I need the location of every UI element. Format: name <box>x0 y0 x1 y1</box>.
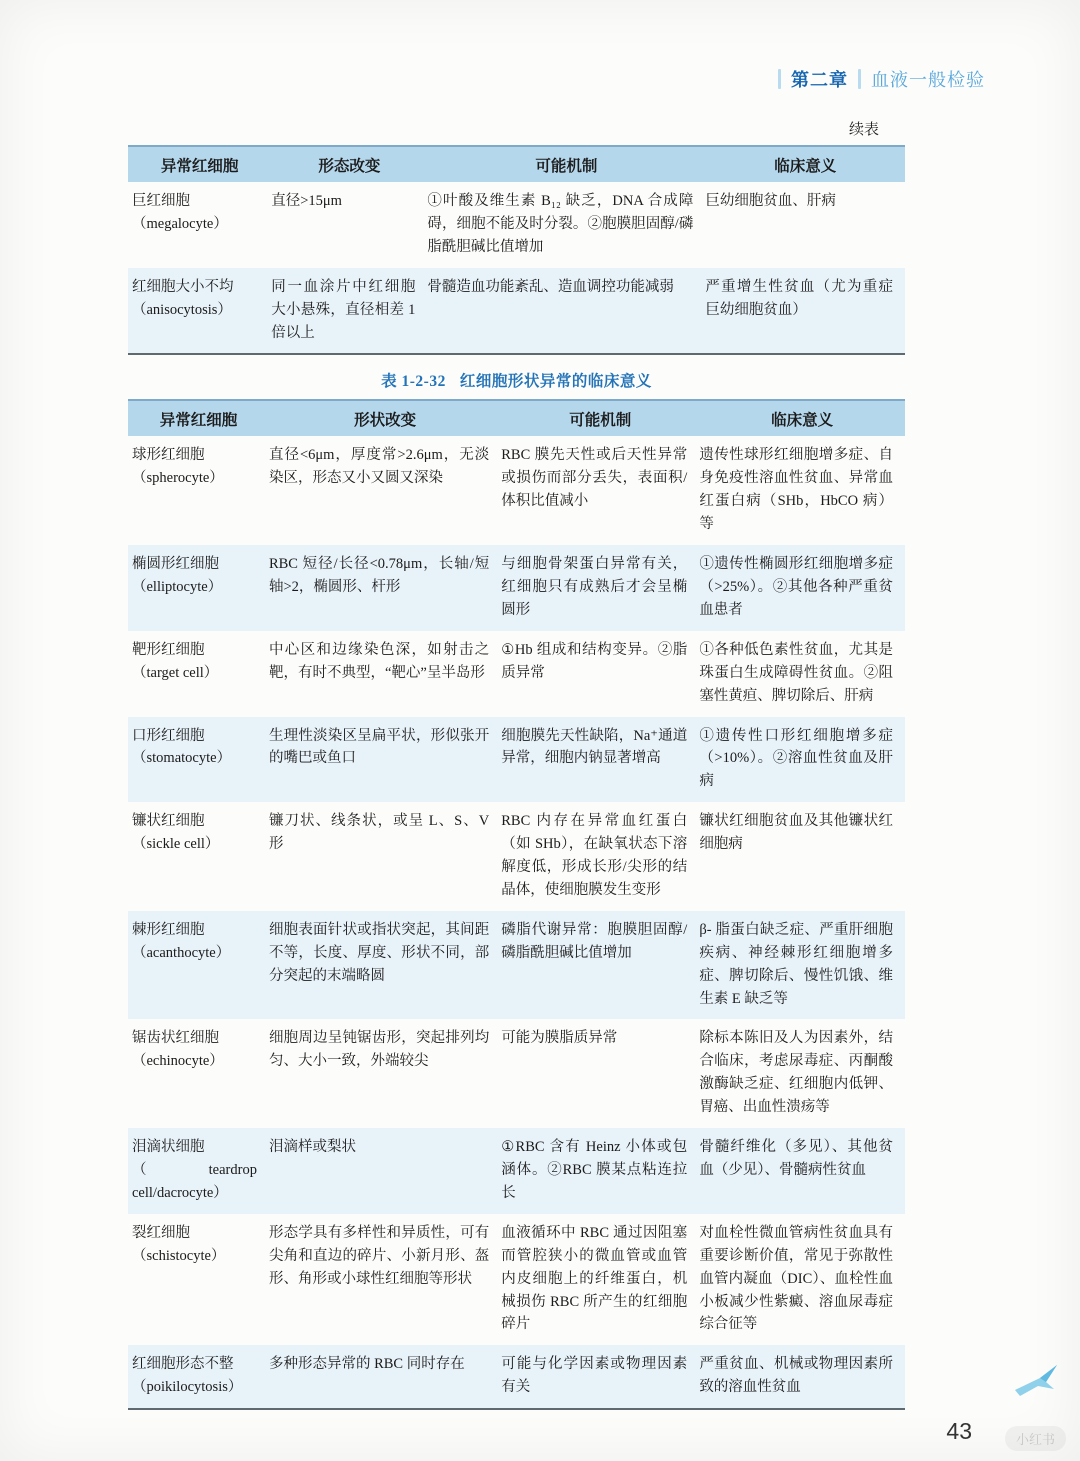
table-rbc-shape-abnormality: 异常红细胞 形状改变 可能机制 临床意义 球形红细胞 （spherocyte） … <box>128 399 905 1410</box>
chapter-header: 第二章 血液一般检验 <box>778 66 985 92</box>
cell-mechanism: 磷脂代谢异常：胞膜胆固醇/磷脂酰胆碱比值增加 <box>501 911 699 1020</box>
cell-name-cn: 棘形红细胞 <box>132 919 257 942</box>
cell-shape: 泪滴样或梨状 <box>269 1128 501 1214</box>
cell-clinical: 除标本陈旧及人为因素外，结合临床，考虑尿毒症、丙酮酸激酶缺乏症、红细胞内低钾、胃… <box>699 1019 905 1128</box>
cell-mechanism: ①叶酸及维生素 B₁₂ 缺乏，DNA 合成障碍，细胞不能及时分裂。②胞膜胆固醇/… <box>427 182 705 268</box>
cell-name: 红细胞大小不均 （anisocytosis） <box>128 268 271 355</box>
cell-shape: 镰刀状、线条状，或呈 L、S、V 形 <box>269 802 501 911</box>
cell-mechanism: ①Hb 组成和结构变异。②脂质异常 <box>501 631 699 717</box>
cell-shape: 细胞周边呈钝锯齿形，突起排列均匀、大小一致，外端较尖 <box>269 1019 501 1128</box>
cell-name-en: （echinocyte） <box>132 1050 257 1073</box>
table-row: 镰状红细胞 （sickle cell） 镰刀状、线条状，或呈 L、S、V 形 R… <box>128 802 905 911</box>
cell-mechanism: RBC 内存在异常血红蛋白（如 SHb），在缺氧状态下溶解度低，形成长形/尖形的… <box>501 802 699 911</box>
cell-name: 靶形红细胞 （target cell） <box>128 631 269 717</box>
cell-name-en: （stomatocyte） <box>132 747 257 770</box>
cell-name-en: （elliptocyte） <box>132 576 257 599</box>
table-row: 口形红细胞 （stomatocyte） 生理性淡染区呈扁平状，形似张开的嘴巴或鱼… <box>128 717 905 803</box>
cell-mechanism: RBC 膜先天性或后天性异常或损伤而部分丢失，表面积/体积比值减小 <box>501 436 699 545</box>
cell-name: 棘形红细胞 （acanthocyte） <box>128 911 269 1020</box>
cell-name-en: （schistocyte） <box>132 1245 257 1268</box>
cell-name-cn: 红细胞大小不均 <box>132 276 259 299</box>
cell-name: 巨红细胞 （megalocyte） <box>128 182 271 268</box>
cell-shape: 直径<6μm，厚度常>2.6μm，无淡染区，形态又小又圆又深染 <box>269 436 501 545</box>
cell-name-en: （target cell） <box>132 662 257 685</box>
cell-clinical: ①各种低色素性贫血，尤其是珠蛋白生成障碍性贫血。②阻塞性黄疸、脾切除后、肝病 <box>699 631 905 717</box>
page-number: 43 <box>946 1418 972 1445</box>
table-abnormal-rbc-morphology: 异常红细胞 形态改变 可能机制 临床意义 巨红细胞 （megalocyte） 直… <box>128 145 905 355</box>
cell-name-cn: 球形红细胞 <box>132 444 257 467</box>
cell-clinical: β- 脂蛋白缺乏症、严重肝细胞疾病、神经棘形红细胞增多症、脾切除后、慢性饥饿、维… <box>699 911 905 1020</box>
cell-shape: RBC 短径/长径<0.78μm，长轴/短轴>2，椭圆形、杆形 <box>269 545 501 631</box>
cell-name-cn: 泪滴状细胞 <box>132 1136 257 1159</box>
cell-mechanism: ①RBC 含有 Heinz 小体或包涵体。②RBC 膜某点粘连拉长 <box>501 1128 699 1214</box>
continued-table-label: 续表 <box>128 118 905 139</box>
cell-name-cn: 锯齿状红细胞 <box>132 1027 257 1050</box>
cell-clinical: ①遗传性口形红细胞增多症（>10%）。②溶血性贫血及肝病 <box>699 717 905 803</box>
cell-name-en: （anisocytosis） <box>132 299 259 322</box>
cell-name: 锯齿状红细胞 （echinocyte） <box>128 1019 269 1128</box>
divider-bar <box>858 69 861 89</box>
table-header-row: 异常红细胞 形态改变 可能机制 临床意义 <box>128 146 905 182</box>
table-caption: 表 1-2-32红细胞形状异常的临床意义 <box>128 369 905 391</box>
table-row: 棘形红细胞 （acanthocyte） 细胞表面针状或指状突起，其间距不等，长度… <box>128 911 905 1020</box>
cell-name-en: （sickle cell） <box>132 833 257 856</box>
cell-shape: 细胞表面针状或指状突起，其间距不等，长度、厚度、形状不同，部分突起的末端略圆 <box>269 911 501 1020</box>
col-header-cell-type: 异常红细胞 <box>128 400 269 436</box>
cell-shape: 中心区和边缘染色深，如射击之靶，有时不典型，“靶心”呈半岛形 <box>269 631 501 717</box>
cell-clinical: 骨髓纤维化（多见）、其他贫血（少见）、骨髓病性贫血 <box>699 1128 905 1214</box>
page-content: 续表 异常红细胞 形态改变 可能机制 临床意义 巨红细胞 （megalocyte… <box>128 118 905 1410</box>
cell-name: 球形红细胞 （spherocyte） <box>128 436 269 545</box>
cell-name-cn: 巨红细胞 <box>132 190 259 213</box>
cell-morphology: 直径>15μm <box>271 182 427 268</box>
cell-name: 镰状红细胞 （sickle cell） <box>128 802 269 911</box>
col-header-mechanism: 可能机制 <box>427 146 705 182</box>
cell-name-cn: 镰状红细胞 <box>132 810 257 833</box>
table-row: 泪滴状细胞 （teardrop cell/dacrocyte） 泪滴样或梨状 ①… <box>128 1128 905 1214</box>
cell-name: 裂红细胞 （schistocyte） <box>128 1214 269 1346</box>
col-header-cell-type: 异常红细胞 <box>128 146 271 182</box>
table-row: 巨红细胞 （megalocyte） 直径>15μm ①叶酸及维生素 B₁₂ 缺乏… <box>128 182 905 268</box>
cell-mechanism: 细胞膜先天性缺陷，Na⁺通道异常，细胞内钠显著增高 <box>501 717 699 803</box>
col-header-shape: 形状改变 <box>269 400 501 436</box>
cell-clinical: 镰状红细胞贫血及其他镰状红细胞病 <box>699 802 905 911</box>
cell-name: 红细胞形态不整 （poikilocytosis） <box>128 1345 269 1409</box>
chapter-title: 血液一般检验 <box>871 66 985 92</box>
table-row: 锯齿状红细胞 （echinocyte） 细胞周边呈钝锯齿形，突起排列均匀、大小一… <box>128 1019 905 1128</box>
cell-clinical: ①遗传性椭圆形红细胞增多症（>25%）。②其他各种严重贫血患者 <box>699 545 905 631</box>
cell-name-cn: 红细胞形态不整 <box>132 1353 257 1376</box>
divider-bar <box>778 69 781 89</box>
cell-shape: 形态学具有多样性和异质性，可有尖角和直边的碎片、小新月形、盔形、角形或小球性红细… <box>269 1214 501 1346</box>
table-caption-title: 红细胞形状异常的临床意义 <box>460 373 652 390</box>
watermark-badge: 小红书 <box>1005 1426 1066 1451</box>
cell-name-en: （megalocyte） <box>132 213 259 236</box>
table-row: 红细胞大小不均 （anisocytosis） 同一血涂片中红细胞大小悬殊，直径相… <box>128 268 905 355</box>
cell-name-cn: 靶形红细胞 <box>132 639 257 662</box>
table-header-row: 异常红细胞 形状改变 可能机制 临床意义 <box>128 400 905 436</box>
table-row: 红细胞形态不整 （poikilocytosis） 多种形态异常的 RBC 同时存… <box>128 1345 905 1409</box>
cell-clinical: 遗传性球形红细胞增多症、自身免疫性溶血性贫血、异常血红蛋白病（SHb，HbCO … <box>699 436 905 545</box>
chapter-label: 第二章 <box>791 66 848 92</box>
cell-clinical: 严重贫血、机械或物理因素所致的溶血性贫血 <box>699 1345 905 1409</box>
cell-name-en: （spherocyte） <box>132 467 257 490</box>
cell-name: 泪滴状细胞 （teardrop cell/dacrocyte） <box>128 1128 269 1214</box>
table-row: 裂红细胞 （schistocyte） 形态学具有多样性和异质性，可有尖角和直边的… <box>128 1214 905 1346</box>
cell-name-en: （acanthocyte） <box>132 942 257 965</box>
cell-clinical: 巨幼细胞贫血、肝病 <box>705 182 905 268</box>
cell-clinical: 严重增生性贫血（尤为重症巨幼细胞贫血） <box>705 268 905 355</box>
cell-name: 椭圆形红细胞 （elliptocyte） <box>128 545 269 631</box>
col-header-mechanism: 可能机制 <box>501 400 699 436</box>
table-row: 球形红细胞 （spherocyte） 直径<6μm，厚度常>2.6μm，无淡染区… <box>128 436 905 545</box>
cell-name-en: （poikilocytosis） <box>132 1376 257 1399</box>
cell-name-cn: 裂红细胞 <box>132 1222 257 1245</box>
cell-shape: 多种形态异常的 RBC 同时存在 <box>269 1345 501 1409</box>
col-header-clinical: 临床意义 <box>699 400 905 436</box>
cell-name-cn: 口形红细胞 <box>132 725 257 748</box>
cell-clinical: 对血栓性微血管病性贫血具有重要诊断价值，常见于弥散性血管内凝血（DIC）、血栓性… <box>699 1214 905 1346</box>
cell-mechanism: 骨髓造血功能紊乱、造血调控功能减弱 <box>427 268 705 355</box>
col-header-morphology: 形态改变 <box>271 146 427 182</box>
textbook-page: 第二章 血液一般检验 续表 异常红细胞 形态改变 可能机制 临床意义 巨红细胞 … <box>0 0 1080 1461</box>
cell-name-en: （teardrop cell/dacrocyte） <box>132 1159 257 1205</box>
cell-mechanism: 血液循环中 RBC 通过因阻塞而管腔狭小的微血管或血管内皮细胞上的纤维蛋白，机械… <box>501 1214 699 1346</box>
cell-mechanism: 可能为膜脂质异常 <box>501 1019 699 1128</box>
cell-name-cn: 椭圆形红细胞 <box>132 553 257 576</box>
table-caption-number: 表 1-2-32 <box>381 373 446 390</box>
table-row: 椭圆形红细胞 （elliptocyte） RBC 短径/长径<0.78μm，长轴… <box>128 545 905 631</box>
cell-morphology: 同一血涂片中红细胞大小悬殊，直径相差 1 倍以上 <box>271 268 427 355</box>
bird-icon <box>1012 1363 1060 1403</box>
table-row: 靶形红细胞 （target cell） 中心区和边缘染色深，如射击之靶，有时不典… <box>128 631 905 717</box>
cell-mechanism: 可能与化学因素或物理因素有关 <box>501 1345 699 1409</box>
cell-name: 口形红细胞 （stomatocyte） <box>128 717 269 803</box>
cell-shape: 生理性淡染区呈扁平状，形似张开的嘴巴或鱼口 <box>269 717 501 803</box>
col-header-clinical: 临床意义 <box>705 146 905 182</box>
cell-mechanism: 与细胞骨架蛋白异常有关，红细胞只有成熟后才会呈椭圆形 <box>501 545 699 631</box>
